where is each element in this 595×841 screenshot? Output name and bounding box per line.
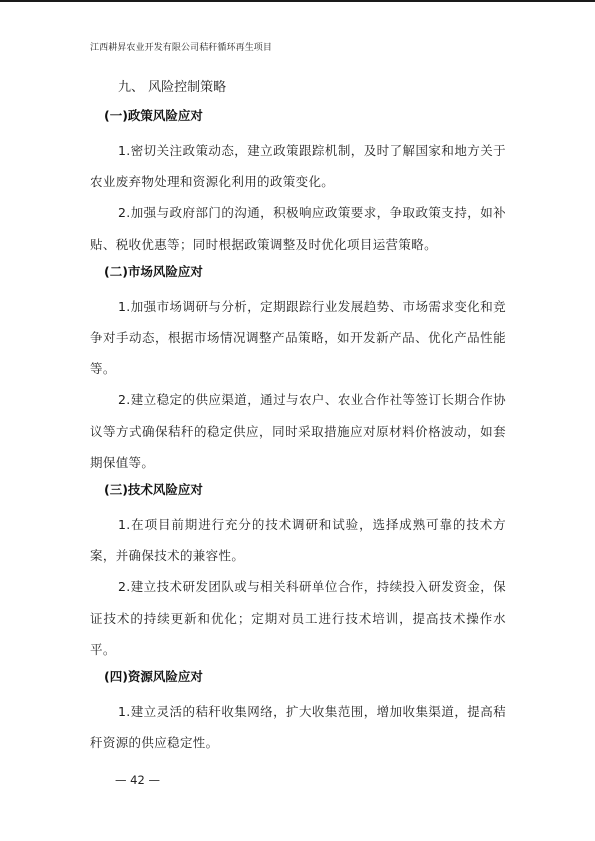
paragraph: 2.建立稳定的供应渠道，通过与农户、农业合作社等签订长期合作协议等方式确保秸秆的…: [90, 384, 506, 478]
section-title: (二)市场风险应对: [90, 262, 506, 282]
section-title: (三)技术风险应对: [90, 480, 506, 500]
top-border-rule: [0, 0, 595, 2]
section-policy-risk: (一)政策风险应对 1.密切关注政策动态，建立政策跟踪机制，及时了解国家和地方关…: [90, 106, 506, 260]
paragraph: 2.建立技术研发团队或与相关科研单位合作，持续投入研发资金，保证技术的持续更新和…: [90, 571, 506, 665]
section-title: (四)资源风险应对: [90, 667, 506, 687]
chapter-title: 九、 风险控制策略: [90, 76, 506, 100]
paragraph: 1.在项目前期进行充分的技术调研和试验，选择成熟可靠的技术方案，并确保技术的兼容…: [90, 509, 506, 571]
page-number: — 42 —: [115, 772, 160, 788]
document-body: 九、 风险控制策略 (一)政策风险应对 1.密切关注政策动态，建立政策跟踪机制，…: [90, 76, 506, 758]
paragraph: 2.加强与政府部门的沟通，积极响应政策要求，争取政策支持，如补贴、税收优惠等；同…: [90, 197, 506, 259]
section-market-risk: (二)市场风险应对 1.加强市场调研与分析，定期跟踪行业发展趋势、市场需求变化和…: [90, 262, 506, 478]
section-title: (一)政策风险应对: [90, 106, 506, 126]
section-technology-risk: (三)技术风险应对 1.在项目前期进行充分的技术调研和试验，选择成熟可靠的技术方…: [90, 480, 506, 665]
paragraph: 1.密切关注政策动态，建立政策跟踪机制，及时了解国家和地方关于农业废弃物处理和资…: [90, 135, 506, 197]
paragraph: 1.建立灵活的秸秆收集网络，扩大收集范围，增加收集渠道，提高秸秆资源的供应稳定性…: [90, 696, 506, 758]
paragraph: 1.加强市场调研与分析，定期跟踪行业发展趋势、市场需求变化和竞争对手动态，根据市…: [90, 291, 506, 385]
running-header: 江西耕昇农业开发有限公司秸秆循环再生项目: [90, 42, 272, 54]
section-resource-risk: (四)资源风险应对 1.建立灵活的秸秆收集网络，扩大收集范围，增加收集渠道，提高…: [90, 667, 506, 758]
